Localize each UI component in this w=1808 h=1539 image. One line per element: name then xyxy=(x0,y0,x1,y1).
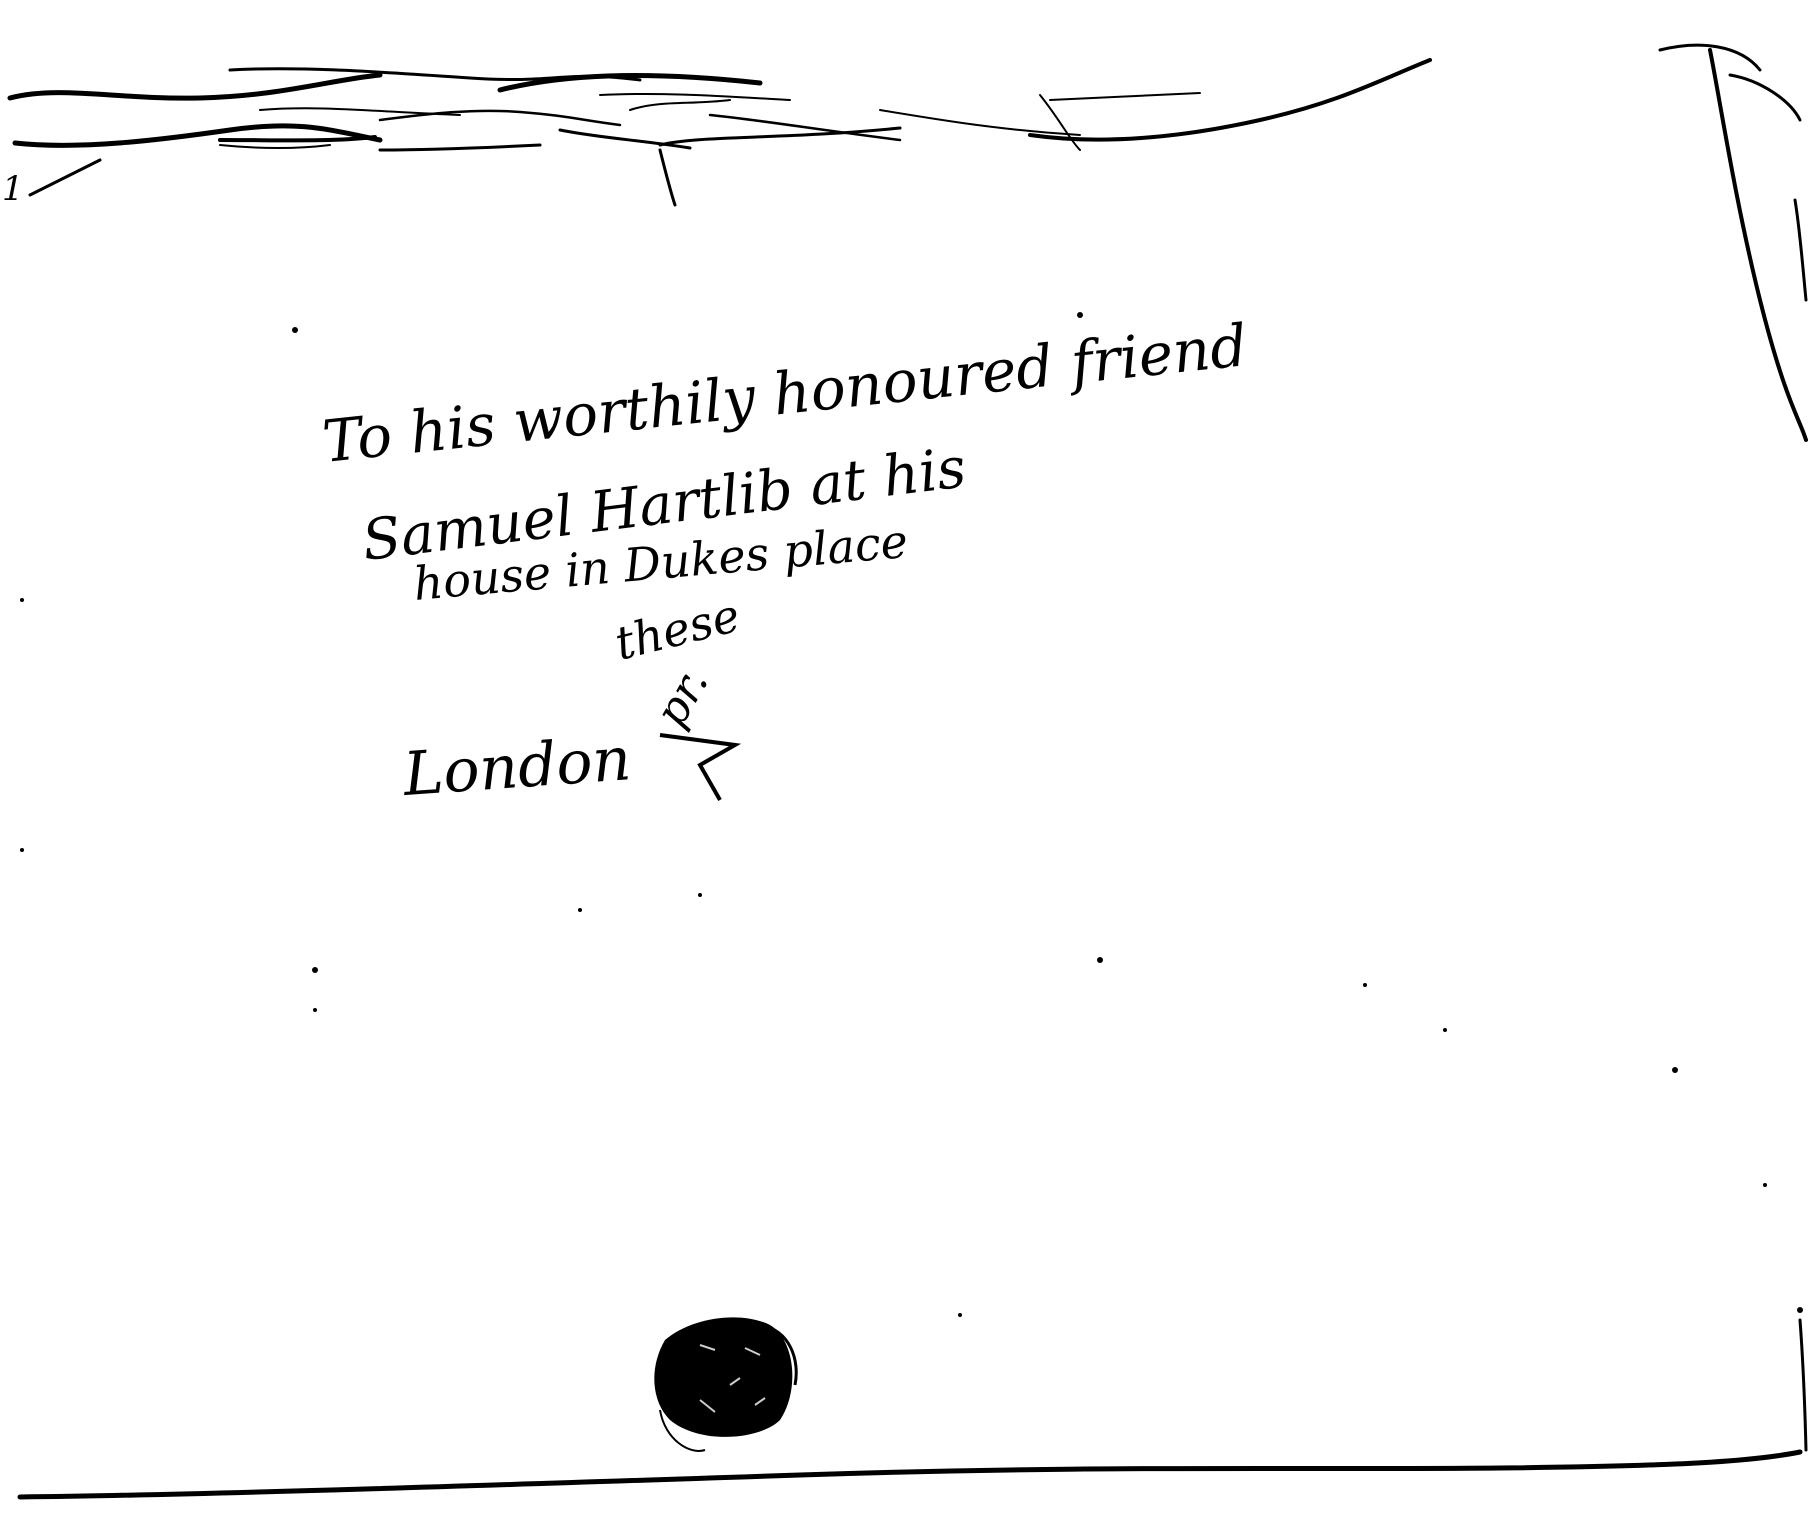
handwritten-address: To his worthily honoured friend Samuel H… xyxy=(319,311,1250,810)
letter-sheet: To his worthily honoured friend Samuel H… xyxy=(0,0,1808,1539)
wax-seal xyxy=(654,1317,796,1451)
hand-line-4: these xyxy=(610,588,745,671)
hand-line-6: London xyxy=(400,724,633,810)
bottom-edge xyxy=(20,1320,1806,1497)
flourish-mark xyxy=(660,735,735,800)
sheet-drawing: 1 To his worthily honoured friend Samuel… xyxy=(0,0,1808,1539)
right-edge-fold xyxy=(1660,45,1806,440)
page-number-mark: 1 xyxy=(2,169,24,209)
torn-top-edge xyxy=(10,60,1430,205)
hand-line-1: To his worthily honoured friend xyxy=(319,311,1250,476)
hand-line-5: pr. xyxy=(645,659,718,735)
